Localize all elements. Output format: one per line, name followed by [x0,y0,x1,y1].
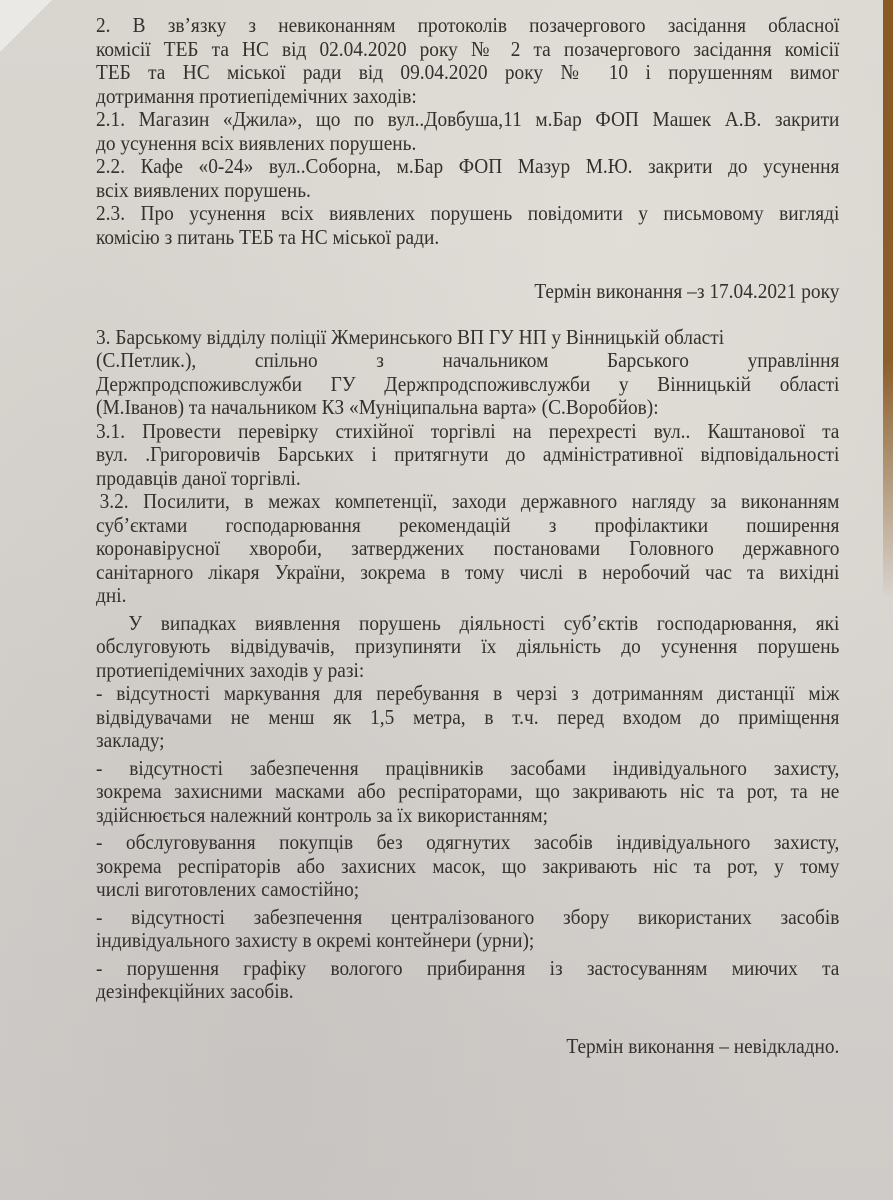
violation-item: - обслуговування покупців без одягнутих … [96,831,839,902]
text-line: дні. [96,584,839,608]
text-line: - порушення графіку вологого прибирання … [96,957,839,981]
violation-item: - відсутності маркування для перебування… [96,682,839,753]
text-line: здійснюється належний контроль за їх вик… [96,804,839,828]
text-line: 2.1. Магазин «Джила», що по вул..Довбуша… [96,108,839,132]
violation-item: - відсутності забезпечення централізован… [96,906,839,953]
violations-intro: У випадках виявлення порушень діяльності… [96,612,839,683]
text-line: 2. В зв’язку з невиконанням протоколів п… [96,14,839,38]
text-line: вул. .Григоровичів Барських і притягнути… [96,443,839,467]
text-line: У випадках виявлення порушень діяльності… [96,612,839,636]
text-line: зокрема захисними масками або респіратор… [96,780,839,804]
text-line: зокрема респіраторів або захисних масок,… [96,855,839,879]
text-line: (С.Петлик.), спільно з начальником Барсь… [96,349,839,373]
text-line: до усунення всіх виявлених порушень. [96,132,839,156]
text-line: дотримання протиепідемічних заходів: [96,85,839,109]
item-3-2: 3.2. Посилити, в межах компетенції, захо… [96,490,839,608]
wooden-edge-strip [883,0,893,600]
text-line: обслуговують відвідувачів, призупиняти ї… [96,635,839,659]
text-line: коронавірусної хвороби, затверджених пос… [96,537,839,561]
item-2-1: 2.1. Магазин «Джила», що по вул..Довбуша… [96,108,839,155]
text-line: 3. Барському відділу поліції Жмеринськог… [96,326,839,350]
text-line: - відсутності забезпечення працівників з… [96,757,839,781]
section-3-intro: 3. Барському відділу поліції Жмеринськог… [96,326,839,420]
item-2-2: 2.2. Кафе «0-24» вул..Соборна, м.Бар ФОП… [96,155,839,202]
text-line: Держпродспоживслужби ГУ Держпродспоживсл… [96,373,839,397]
item-2-3: 2.3. Про усунення всіх виявлених порушен… [96,202,839,249]
text-line: 3.1. Провести перевірку стихійної торгів… [96,420,839,444]
text-line: 2.2. Кафе «0-24» вул..Соборна, м.Бар ФОП… [96,155,839,179]
text-line: - відсутності маркування для перебування… [96,682,839,706]
text-line: числі виготовлених самостійно; [96,878,839,902]
section-2-intro: 2. В зв’язку з невиконанням протоколів п… [96,14,839,108]
text-line: продавців даної торгівлі. [96,467,839,491]
text-line: суб’єктами господарювання рекомендацій з… [96,514,839,538]
text-line: відвідувачами не менш як 1,5 метра, в т.… [96,706,839,730]
text-line: всіх виявлених порушень. [96,179,839,203]
text-line: санітарного лікаря України, зокрема в то… [96,561,839,585]
text-line: - обслуговування покупців без одягнутих … [96,831,839,855]
text-line: - відсутності забезпечення централізован… [96,906,839,930]
text-line: протиепідемічних заходів у разі: [96,659,839,683]
text-line: 2.3. Про усунення всіх виявлених порушен… [96,202,839,226]
item-3-1: 3.1. Провести перевірку стихійної торгів… [96,420,839,491]
violation-item: - відсутності забезпечення працівників з… [96,757,839,828]
text-line: 3.2. Посилити, в межах компетенції, захо… [96,490,839,514]
text-line: комісію з питань ТЕБ та НС міської ради. [96,226,839,250]
text-line: закладу; [96,729,839,753]
text-line: дезінфекційних засобів. [96,980,839,1004]
document-page: 2. В зв’язку з невиконанням протоколів п… [96,14,839,1058]
text-line: комісії ТЕБ та НС від 02.04.2020 року № … [96,38,839,62]
text-line: (М.Іванов) та начальником КЗ «Муніципаль… [96,396,839,420]
violation-item: - порушення графіку вологого прибирання … [96,957,839,1004]
section-3-deadline: Термін виконання – невідкладно. [96,1035,839,1059]
text-line: індивідуального захисту в окремі контейн… [96,929,839,953]
section-2-deadline: Термін виконання –з 17.04.2021 року [96,280,839,304]
text-line: ТЕБ та НС міської ради від 09.04.2020 ро… [96,61,839,85]
background-surface-corner [0,0,52,52]
